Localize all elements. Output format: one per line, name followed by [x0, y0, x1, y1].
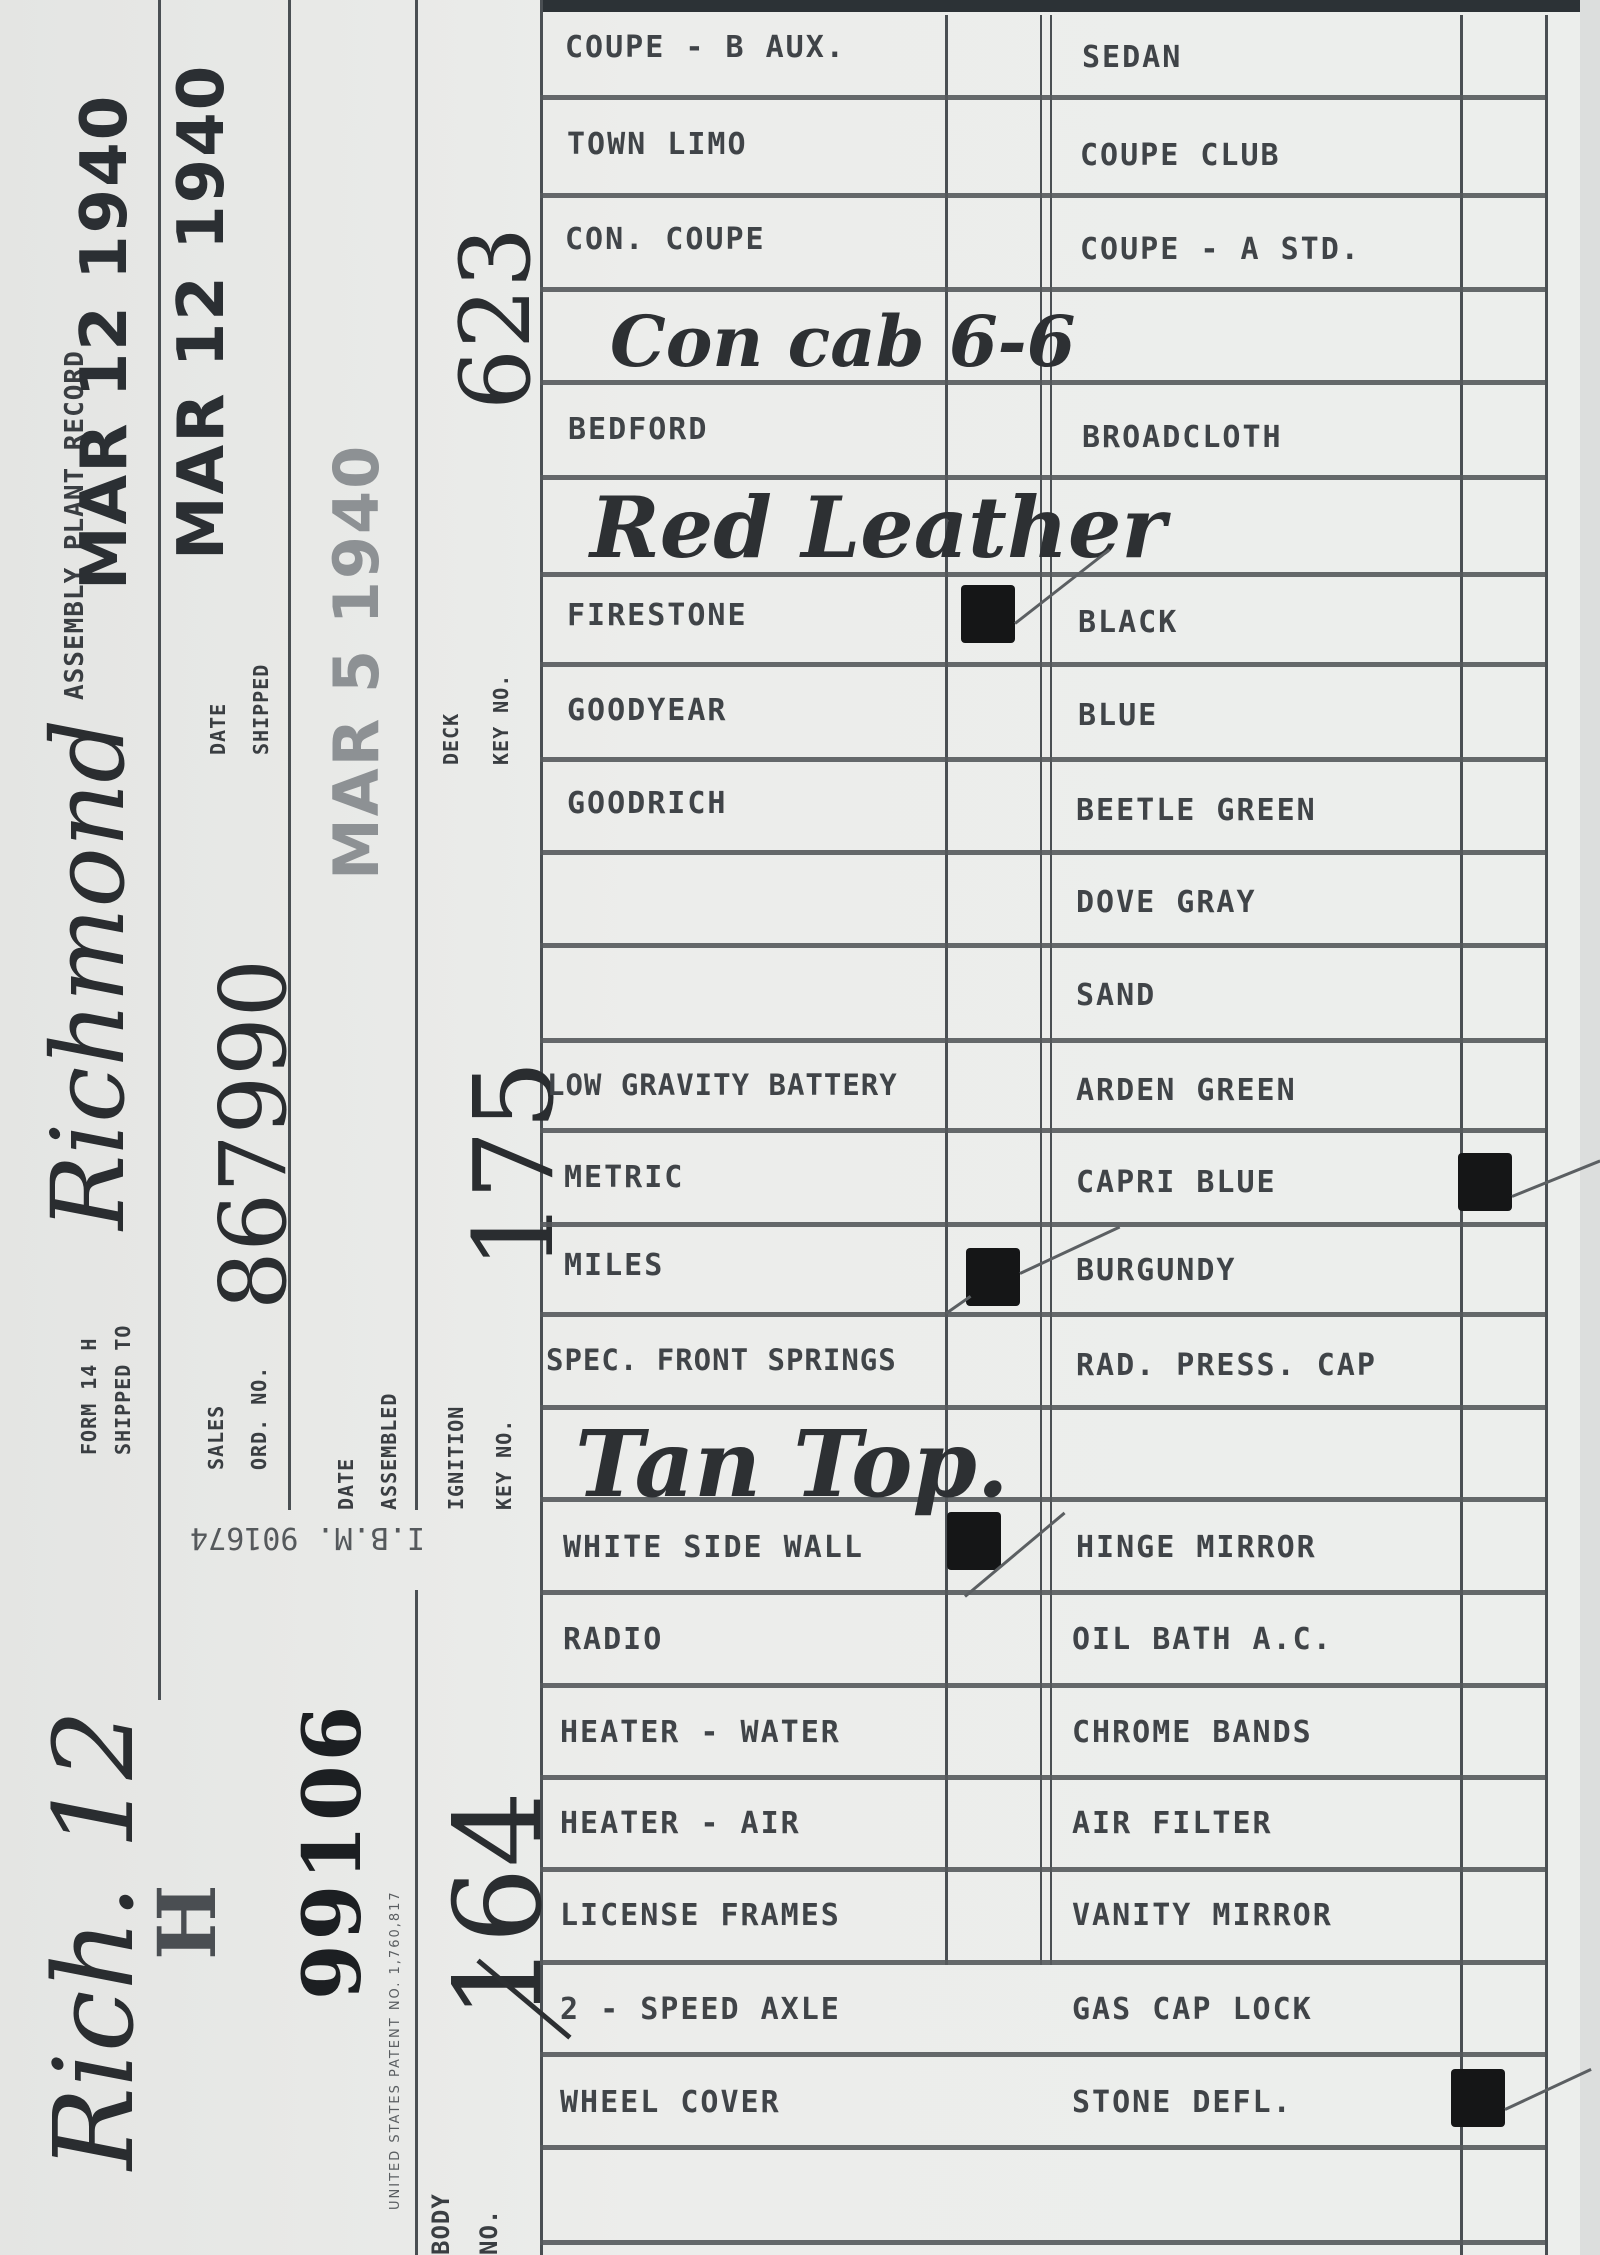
sales-order-label-2: ORD. NO. [248, 1366, 270, 1470]
date-shipped-value: MAR 5 1940 [320, 444, 393, 880]
serial-number: 99106 [285, 1702, 379, 2000]
option-coupe-b-aux: COUPE - B AUX. [565, 30, 846, 65]
option-coupe-a-std: COUPE - A STD. [1080, 232, 1361, 267]
date-assembled-label-2: ASSEMBLED [378, 1393, 400, 1510]
row-rule [540, 1775, 1545, 1780]
option-goodyear: GOODYEAR [567, 693, 728, 728]
date-shipped-label-2: SHIPPED [250, 664, 272, 755]
handwritten-note-tan-top: Tan Top. [575, 1410, 1009, 1518]
row-rule [540, 1312, 1545, 1317]
ignition-key-label-2: KEY NO. [493, 1419, 515, 1510]
option-coupe-club: COUPE CLUB [1080, 138, 1281, 173]
option-goodrich: GOODRICH [567, 786, 728, 821]
grid-divider-right-mark [1460, 15, 1463, 2255]
check-mark-miles[interactable] [966, 1248, 1020, 1306]
option-beetle-green: BEETLE GREEN [1076, 793, 1317, 828]
row-rule [540, 2052, 1545, 2057]
option-miles: MILES [564, 1248, 664, 1283]
received-date-stamp-2: MAR 12 1940 [165, 64, 239, 560]
option-white-side-wall: WHITE SIDE WALL [563, 1530, 864, 1565]
option-stone-defl: STONE DEFL. [1072, 2085, 1293, 2120]
plant-note: Rich. 12 [30, 1710, 158, 2170]
sales-order-label-1: SALES [205, 1405, 227, 1470]
option-rad-press-cap: RAD. PRESS. CAP [1076, 1348, 1377, 1383]
option-burgundy: BURGUNDY [1076, 1253, 1237, 1288]
option-arden-green: ARDEN GREEN [1076, 1073, 1297, 1108]
left-divider-3 [415, 0, 418, 1510]
option-blue: BLUE [1078, 698, 1158, 733]
option-hinge-mirror: HINGE MIRROR [1076, 1530, 1317, 1565]
option-capri-blue: CAPRI BLUE [1076, 1165, 1277, 1200]
handwritten-note-red-leather: Red Leather [590, 478, 1166, 577]
left-divider-1 [158, 0, 161, 1700]
received-date-stamp-1: MAR 12 1940 [68, 94, 142, 590]
row-rule [540, 193, 1545, 198]
pencil-tick [1504, 2068, 1591, 2111]
check-mark-stone-defl[interactable] [1451, 2069, 1505, 2127]
option-2-speed-axle: 2 - SPEED AXLE [560, 1992, 841, 2027]
option-heater-water: HEATER - WATER [560, 1715, 841, 1750]
option-air-filter: AIR FILTER [1072, 1806, 1273, 1841]
body-number-label-1: BODY [430, 2193, 452, 2255]
row-rule [540, 943, 1545, 948]
body-number-value: 164 [430, 1791, 569, 2020]
option-license-frames: LICENSE FRAMES [560, 1898, 841, 1933]
option-metric: METRIC [564, 1160, 684, 1195]
date-assembled-label-1: DATE [335, 1458, 357, 1510]
row-rule [540, 2240, 1545, 2245]
sales-order-value: 867990 [200, 959, 307, 1310]
option-sedan: SEDAN [1082, 40, 1182, 75]
handwritten-note-con-cab: Con cab 6-6 [610, 300, 1075, 383]
grid-right-border [1545, 15, 1548, 2255]
card-right-edge [1580, 0, 1600, 2255]
option-heater-air: HEATER - AIR [560, 1806, 801, 1841]
row-rule [540, 850, 1545, 855]
check-mark-white-side-wall[interactable] [947, 1512, 1001, 1570]
row-rule [540, 662, 1545, 667]
deck-key-label-2: KEY NO. [490, 674, 512, 765]
row-rule [540, 287, 1545, 292]
shipped-to-label: SHIPPED TO [112, 1325, 134, 1455]
deck-key-label-1: DECK [440, 713, 462, 765]
row-rule [540, 1038, 1545, 1043]
option-black: BLACK [1078, 605, 1178, 640]
option-low-gravity-battery: LOW GRAVITY BATTERY [547, 1068, 898, 1102]
option-con-coupe: CON. COUPE [565, 222, 766, 257]
option-sand: SAND [1076, 978, 1156, 1013]
option-dove-gray: DOVE GRAY [1076, 885, 1257, 920]
body-number-label-2: NO. [478, 2209, 500, 2255]
shipped-to-value: Richmond [30, 719, 147, 1230]
row-rule [540, 2145, 1545, 2150]
option-wheel-cover: WHEEL COVER [560, 2085, 781, 2120]
option-town-limo: TOWN LIMO [567, 127, 748, 162]
row-rule [540, 1683, 1545, 1688]
row-rule [540, 1222, 1545, 1227]
option-chrome-bands: CHROME BANDS [1072, 1715, 1313, 1750]
row-rule [540, 757, 1545, 762]
date-shipped-label-1: DATE [207, 703, 229, 755]
row-rule [540, 1128, 1545, 1133]
patent-notice: UNITED STATES PATENT NO. 1,760,817 [388, 1890, 403, 2210]
row-rule [540, 1590, 1545, 1595]
series-letter: H [140, 1882, 234, 1960]
top-edge-band [540, 0, 1600, 12]
check-mark-firestone[interactable] [961, 585, 1015, 643]
ibm-form-number: I.B.M. 901674 [190, 1520, 425, 1555]
option-bedford: BEDFORD [568, 412, 708, 447]
row-rule [540, 95, 1545, 100]
form-number-label: FORM 14 H [78, 1338, 100, 1455]
assembly-plant-record-card: ASSEMBLY PLANT RECORD MAR 12 1940 MAR 12… [0, 0, 1600, 2255]
option-radio: RADIO [563, 1622, 663, 1657]
check-mark-capri-blue[interactable] [1458, 1153, 1512, 1211]
option-vanity-mirror: VANITY MIRROR [1072, 1898, 1333, 1933]
option-spec-front-springs: SPEC. FRONT SPRINGS [546, 1343, 897, 1377]
option-broadcloth: BROADCLOTH [1082, 420, 1283, 455]
row-rule [540, 1960, 1545, 1965]
ignition-key-label-1: IGNITION [445, 1406, 467, 1510]
option-oil-bath-ac: OIL BATH A.C. [1072, 1622, 1333, 1657]
option-firestone: FIRESTONE [567, 598, 748, 633]
deck-key-value: 623 [440, 227, 552, 410]
row-rule [540, 1867, 1545, 1872]
left-divider-3b [415, 1590, 418, 2255]
option-gas-cap-lock: GAS CAP LOCK [1072, 1992, 1313, 2027]
